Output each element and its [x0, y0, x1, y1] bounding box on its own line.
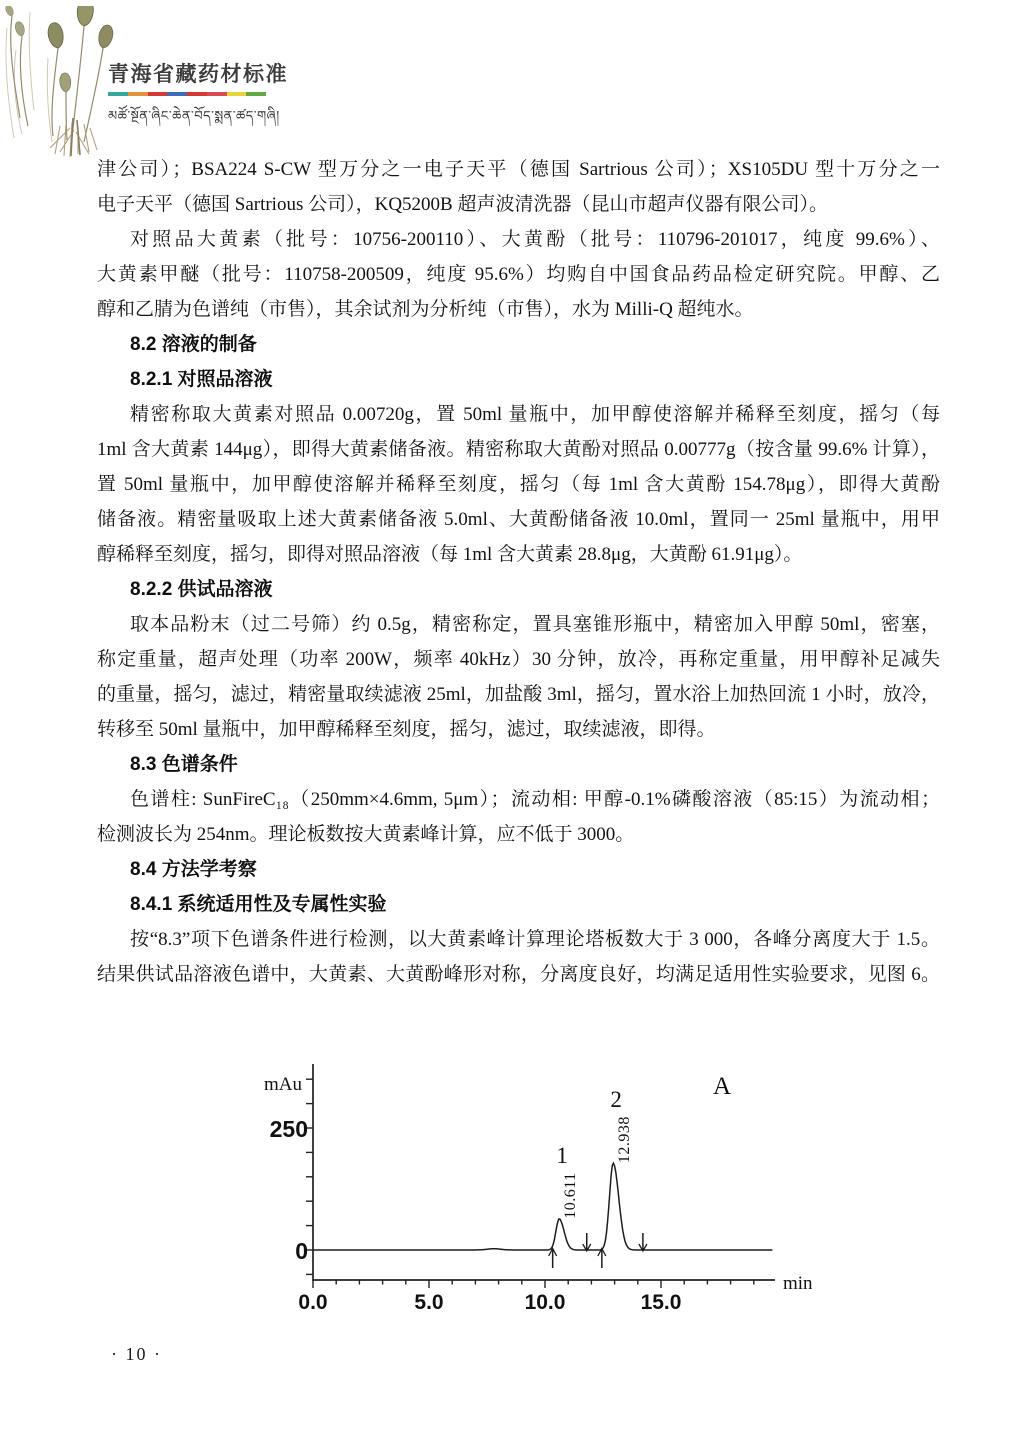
body-line: 色谱柱: SunFireC₁₈（250mm×4.6mm, 5μm）；流动相: 甲… [97, 782, 940, 817]
plant-illustration [0, 6, 124, 160]
y-tick-label: 250 [270, 1116, 308, 1142]
section-heading: 8.4.1 系统适用性及专属性实验 [97, 887, 940, 922]
x-tick-label: 15.0 [641, 1291, 682, 1314]
body-line: 检测波长为 254nm。理论板数按大黄素峰计算，应不低于 3000。 [97, 817, 940, 852]
y-tick-label: 0 [295, 1238, 308, 1264]
body-line: 醇稀释至刻度，摇匀，即得对照品溶液（每 1ml 含大黄素 28.8μg，大黄酚 … [97, 537, 940, 572]
section-heading: 8.3 色谱条件 [97, 747, 940, 782]
body-line: 取本品粉末（过二号筛）约 0.5g，精密称定，置具塞锥形瓶中，精密加入甲醇 50… [97, 607, 940, 642]
logo-title: 青海省藏药材标准 [108, 62, 288, 88]
body-line: 津公司）；BSA224 S-CW 型万分之一电子天平（德国 Sartrious … [97, 152, 940, 187]
x-tick-label: 10.0 [525, 1291, 566, 1314]
stripe-segment [187, 92, 207, 96]
body-line: 的重量，摇匀，滤过，精密量取续滤液 25ml，加盐酸 3ml，摇匀，置水浴上加热… [97, 677, 940, 712]
body-line: 结果供试品溶液色谱中，大黄素、大黄酚峰形对称，分离度良好，均满足适用性实验要求，… [97, 957, 940, 992]
y-axis-unit: mAu [264, 1074, 303, 1095]
plant-root-core [71, 118, 80, 156]
body-line: 置 50ml 量瓶中，加甲醇使溶解并稀释至刻度，摇匀（每 1ml 含大黄酚 15… [97, 467, 940, 502]
stripe-segment [246, 92, 266, 96]
body-line: 电子天平（德国 Sartrious 公司），KQ5200B 超声波清洗器（昆山市… [97, 187, 940, 222]
body-line: 储备液。精密量吸取上述大黄素储备液 5.0ml、大黄酚储备液 10.0ml，置同… [97, 502, 940, 537]
body-line: 大黄素甲醚（批号：110758-200509，纯度 95.6%）均购自中国食品药… [97, 257, 940, 292]
logo-block: 青海省藏药材标准 མཚོ་སྔོན་ཞིང་ཆེན་བོད་སྨན་ཚད་གཞི… [108, 62, 288, 138]
section-heading: 8.2.2 供试品溶液 [97, 572, 940, 607]
body-line: 醇和乙腈为色谱纯（市售），其余试剂为分析纯（市售），水为 Milli-Q 超纯水… [97, 292, 940, 327]
x-tick-label: 0.0 [298, 1291, 327, 1314]
body-line: 转移至 50ml 量瓶中，加甲醇稀释至刻度，摇匀，滤过，取续滤液，即得。 [97, 712, 940, 747]
stripe-segment [128, 92, 148, 96]
page-footer: · 10 · [111, 1344, 162, 1365]
section-heading: 8.2 溶液的制备 [97, 327, 940, 362]
body-line: 1ml 含大黄素 144μg），即得大黄素储备液。精密称取大黄酚对照品 0.00… [97, 432, 940, 467]
body-text: 津公司）；BSA224 S-CW 型万分之一电子天平（德国 Sartrious … [97, 152, 940, 992]
stripe-segment [207, 92, 227, 96]
peak-retention-time-label: 10.611 [562, 1172, 579, 1218]
section-heading: 8.2.1 对照品溶液 [97, 362, 940, 397]
logo-color-stripe [108, 92, 266, 96]
section-heading: 8.4 方法学考察 [97, 852, 940, 887]
chromatogram-curve [313, 1163, 772, 1250]
stripe-segment [167, 92, 187, 96]
x-tick-label: 5.0 [414, 1291, 443, 1314]
body-line: 称定重量，超声处理（功率 200W，频率 40kHz）30 分钟，放冷，再称定重… [97, 642, 940, 677]
stripe-segment [148, 92, 168, 96]
stripe-segment [108, 92, 128, 96]
plant-pale-stems [6, 12, 52, 142]
document-page: 青海省藏药材标准 མཚོ་སྔོན་ཞིང་ཆེན་བོད་སྨན་ཚད་གཞི… [0, 0, 1024, 1448]
logo-subtitle-tibetan: མཚོ་སྔོན་ཞིང་ཆེན་བོད་སྨན་ཚད་གཞི། [108, 101, 288, 138]
chromatogram-svg: 0.05.010.015.0min0250mAu110.611212.938A [228, 1048, 812, 1320]
peak-number-label: 2 [610, 1087, 622, 1112]
peak-number-label: 1 [556, 1143, 568, 1168]
body-line: 精密称取大黄素对照品 0.00720g，置 50ml 量瓶中，加甲醇使溶解并稀释… [97, 397, 940, 432]
peak-retention-time-label: 12.938 [616, 1116, 633, 1163]
x-axis-unit: min [783, 1273, 812, 1294]
page-number: · 10 · [111, 1344, 162, 1364]
body-line: 按“8.3”项下色谱条件进行检测，以大黄素峰计算理论塔板数大于 3 000，各峰… [97, 922, 940, 957]
chromatogram-figure: 0.05.010.015.0min0250mAu110.611212.938A [228, 1048, 812, 1320]
panel-label: A [713, 1073, 731, 1100]
stripe-segment [227, 92, 247, 96]
body-line: 对照品大黄素（批号：10756-200110）、大黄酚（批号：110796-20… [97, 222, 940, 257]
